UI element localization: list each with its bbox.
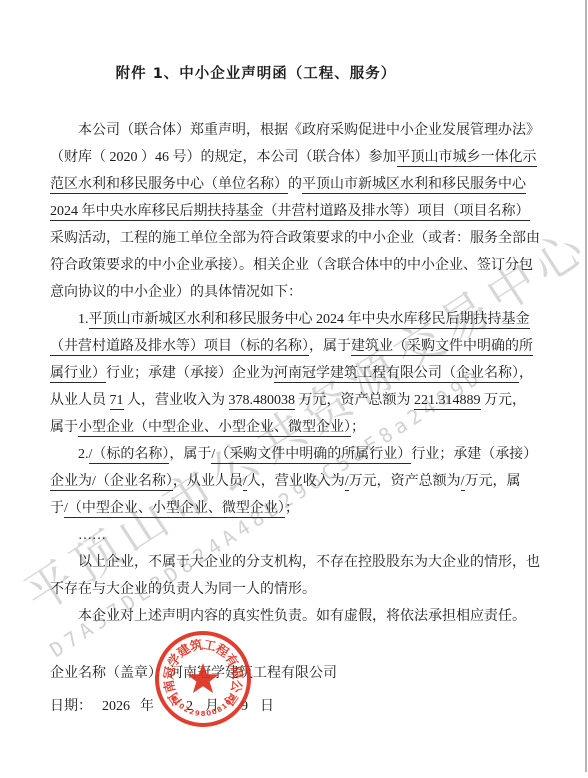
star-icon: [185, 661, 221, 697]
filled-blank-text: （井营村道路及排水等）项目（标的名称）: [50, 339, 309, 356]
document-line: 2./（标的名称），属于/（采购文件中明确的所属行业）行业；承建（承接）: [50, 441, 542, 468]
document-line: ……: [50, 522, 542, 549]
static-text: 行业；承建（承接）企业为: [106, 366, 274, 381]
static-text: 采购活动，工程的施工单位全部为符合政策要求的中小企业（或者：服务全部由: [50, 231, 540, 246]
document-line: 意向协议的中小企业）的具体情况如下：: [50, 279, 542, 306]
static-text: ；: [351, 420, 365, 435]
filled-blank-text: 小型企业（中型企业、小型企业、微型企业）: [78, 420, 351, 437]
static-text: 人，营业收入为: [124, 393, 229, 408]
document-line: 属行业）行业；承建（承接）企业为河南冠学建筑工程有限公司（企业名称），: [50, 360, 542, 387]
document-line: （井营村道路及排水等）项目（标的名称），属于建筑业（采购文件中明确的所: [50, 333, 542, 360]
static-text: 不存在与大企业的负责人为同一人的情形。: [50, 582, 316, 597]
filled-blank-text: 平顶山市城乡一体化示: [397, 150, 537, 167]
static-text: 万元，: [481, 393, 527, 408]
static-text: （财库（ 2020 ）46 号）的规定，本公司（联合体）参加: [50, 150, 397, 165]
document-line: 企业为/（企业名称），从业人员/人，营业收入为/万元，资产总额为/万元，属: [50, 468, 542, 495]
static-text: 万元，资产总额为: [349, 474, 461, 489]
document-line: 于/（中型企业、小型企业、微型企业）；: [50, 495, 542, 522]
date-year-unit: 年: [140, 699, 154, 714]
filled-blank-text: /（标的名称）: [89, 447, 170, 464]
filled-blank-text: 建筑业（采购文件中明确的所: [351, 339, 533, 356]
static-text: 意向协议的中小企业）的具体情况如下：: [50, 285, 302, 300]
filled-blank-text: 71: [110, 393, 124, 410]
scan-edge-line: [585, 0, 587, 772]
document-line: 从业人员 71 人，营业收入为 378.480038 万元，资产总额为 221.…: [50, 387, 542, 414]
filled-blank-text: 378.480038: [229, 393, 296, 410]
static-text: 属于: [50, 420, 78, 435]
document-line: （财库（ 2020 ）46 号）的规定，本公司（联合体）参加平顶山市城乡一体化示: [50, 144, 542, 171]
date-day-unit: 日: [260, 699, 274, 714]
static-text: ；: [285, 501, 299, 516]
static-text: 从业人员: [50, 393, 110, 408]
static-text: 行业；承建（承接）: [411, 447, 537, 462]
document-line: 本公司（联合体）郑重声明，根据《政府采购促进中小企业发展管理办法》: [50, 117, 542, 144]
document-body: 本公司（联合体）郑重声明，根据《政府采购促进中小企业发展管理办法》（财库（ 20…: [50, 117, 542, 630]
filled-blank-text: /（采购文件中明确的所属行业）: [211, 447, 411, 464]
static-text: ，属于: [309, 339, 351, 354]
static-text: 2.: [78, 447, 89, 462]
static-text: 以上企业，不属于大企业的分支机构，不存在控股股东为大企业的情形，也: [78, 555, 540, 570]
document-line: 本企业对上述声明内容的真实性负责。如有虚假，将依法承担相应责任。: [50, 603, 542, 630]
document-line: 采购活动，工程的施工单位全部为符合政策要求的中小企业（或者：服务全部由: [50, 225, 542, 252]
document-line: 1.平顶山市新城区水利和移民服务中心 2024 年中央水库移民后期扶持基金: [50, 306, 542, 333]
document-line: 以上企业，不属于大企业的分支机构，不存在控股股东为大企业的情形，也: [50, 549, 542, 576]
seal-company-char: 南: [161, 678, 178, 695]
document-line: 属于小型企业（中型企业、小型企业、微型企业）；: [50, 414, 542, 441]
date-label: 日期：: [50, 699, 92, 714]
static-text: 本企业对上述声明内容的真实性负责。如有虚假，将依法承担相应责任。: [78, 609, 526, 624]
filled-blank-text: 2024 年中央水库移民后期扶持基金（井营村道路及排水等）项目（项目名称）: [50, 204, 530, 221]
static-text: ，属于: [169, 447, 211, 462]
filled-blank-text: 属行业）: [50, 366, 106, 383]
filled-blank-text: 企业为/（企业名称）: [50, 474, 173, 491]
date-year: 2026: [102, 699, 130, 714]
company-seal-stamp: 河南冠学建筑工程有限公司4102298008102: [155, 631, 251, 727]
filled-blank-text: /（中型企业、小型企业、微型企业）: [64, 501, 285, 518]
static-text: 1.: [78, 312, 89, 327]
filled-blank-text: 平顶山市新城区水利和移民服务中心 2024 年中央水库移民后期扶持基金: [89, 312, 530, 329]
static-text: 万元，资产总额为: [295, 393, 414, 408]
static-text: ……: [78, 528, 106, 543]
static-text: 人，营业收入为: [247, 474, 345, 489]
filled-blank-text: 平顶山市新城区水利和移民服务中心: [302, 177, 526, 194]
static-text: ，: [519, 366, 533, 381]
static-text: 本公司（联合体）郑重声明，根据《政府采购促进中小企业发展管理办法》: [78, 123, 540, 138]
static-text: 的: [288, 177, 302, 192]
filled-blank-text: 范区水利和移民服务中心（单位名称）: [50, 177, 288, 194]
static-text: ，从业人员: [173, 474, 243, 489]
document-line: 符合政策要求的中小企业承接）。相关企业（含联合体中的中小企业、签订分包: [50, 252, 542, 279]
page-title: 附件 1、中小企业声明函（工程、服务）: [0, 62, 550, 83]
static-text: 符合政策要求的中小企业承接）。相关企业（含联合体中的中小企业、签订分包: [50, 258, 533, 273]
document-line: 2024 年中央水库移民后期扶持基金（井营村道路及排水等）项目（项目名称）: [50, 198, 542, 225]
filled-blank-text: 221.314889: [414, 393, 481, 410]
static-text: 万元，属: [465, 474, 521, 489]
filled-blank-text: 河南冠学建筑工程有限公司（企业名称）: [274, 366, 519, 383]
document-line: 范区水利和移民服务中心（单位名称）的平顶山市新城区水利和移民服务中心: [50, 171, 542, 198]
static-text: 于: [50, 501, 64, 516]
document-line: 不存在与大企业的负责人为同一人的情形。: [50, 576, 542, 603]
declaration-document-page: 平顶山市公共资源交易中心 D7A57DE2D824A48B296C58E8a24…: [0, 0, 588, 778]
